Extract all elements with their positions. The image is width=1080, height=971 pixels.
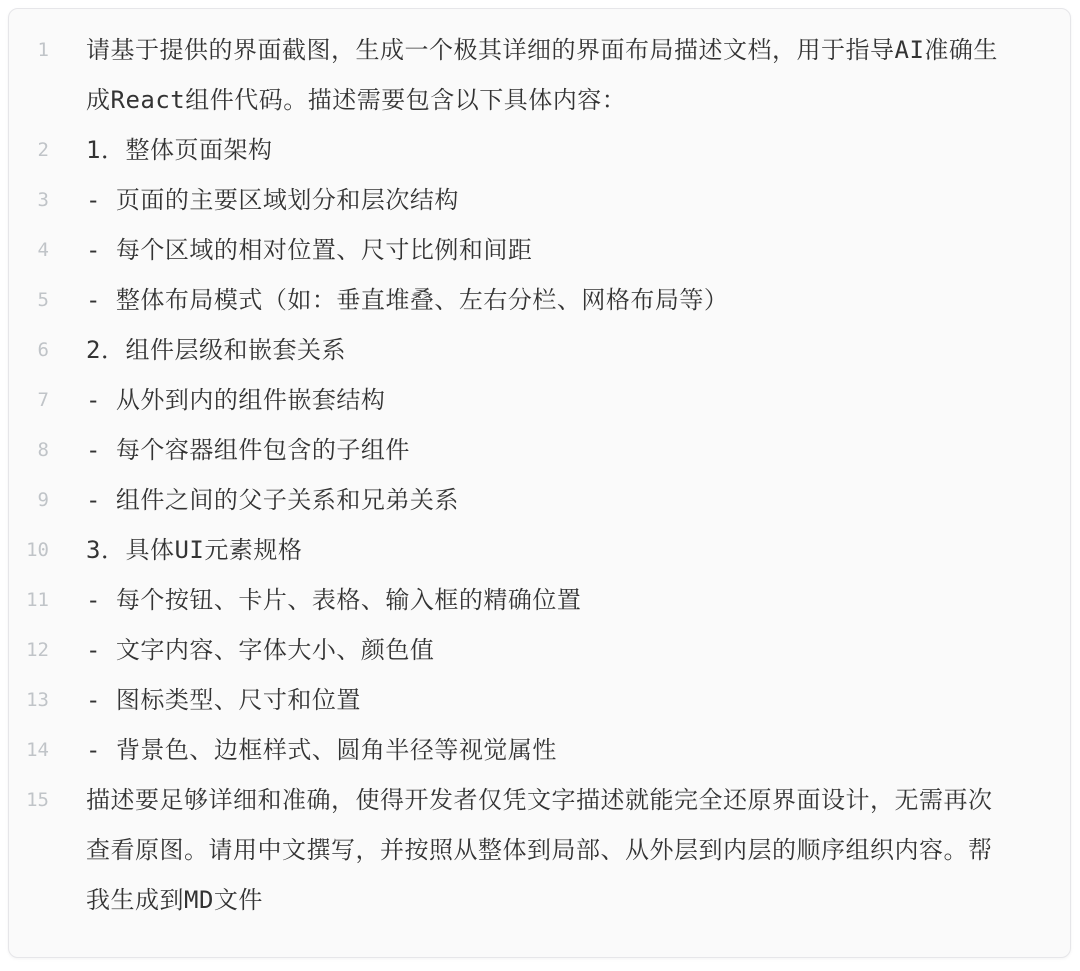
line-text: - 每个按钮、卡片、表格、输入框的精确位置 (86, 575, 1002, 625)
line-text: 2．组件层级和嵌套关系 (86, 325, 1002, 375)
code-line: 8 - 每个容器组件包含的子组件 (9, 425, 1070, 475)
code-line: 7 - 从外到内的组件嵌套结构 (9, 375, 1070, 425)
line-text: - 文字内容、字体大小、颜色值 (86, 625, 1002, 675)
code-line: 12 - 文字内容、字体大小、颜色值 (9, 625, 1070, 675)
line-number: 10 (9, 525, 49, 575)
code-line: 9 - 组件之间的父子关系和兄弟关系 (9, 475, 1070, 525)
line-text: - 从外到内的组件嵌套结构 (86, 375, 1002, 425)
code-line: 2 1．整体页面架构 (9, 125, 1070, 175)
code-line: 11 - 每个按钮、卡片、表格、输入框的精确位置 (9, 575, 1070, 625)
line-number: 15 (9, 775, 49, 825)
line-text: - 整体布局模式（如：垂直堆叠、左右分栏、网格布局等） (86, 275, 1002, 325)
line-text: - 图标类型、尺寸和位置 (86, 675, 1002, 725)
code-line: 15 描述要足够详细和准确，使得开发者仅凭文字描述就能完全还原界面设计，无需再次… (9, 775, 1070, 925)
line-number: 3 (9, 175, 49, 225)
code-line: 3 - 页面的主要区域划分和层次结构 (9, 175, 1070, 225)
code-line: 6 2．组件层级和嵌套关系 (9, 325, 1070, 375)
line-text: - 背景色、边框样式、圆角半径等视觉属性 (86, 725, 1002, 775)
line-number: 4 (9, 225, 49, 275)
code-line: 10 3．具体UI元素规格 (9, 525, 1070, 575)
line-text: 描述要足够详细和准确，使得开发者仅凭文字描述就能完全还原界面设计，无需再次查看原… (86, 775, 1002, 925)
line-text: 1．整体页面架构 (86, 125, 1002, 175)
line-number: 7 (9, 375, 49, 425)
line-number: 11 (9, 575, 49, 625)
code-line: 1 请基于提供的界面截图，生成一个极其详细的界面布局描述文档，用于指导AI准确生… (9, 25, 1070, 125)
code-line: 13 - 图标类型、尺寸和位置 (9, 675, 1070, 725)
line-text: 3．具体UI元素规格 (86, 525, 1002, 575)
line-number: 12 (9, 625, 49, 675)
code-line: 14 - 背景色、边框样式、圆角半径等视觉属性 (9, 725, 1070, 775)
line-number: 8 (9, 425, 49, 475)
line-text: - 组件之间的父子关系和兄弟关系 (86, 475, 1002, 525)
line-number: 1 (9, 25, 49, 75)
line-number: 5 (9, 275, 49, 325)
code-line: 5 - 整体布局模式（如：垂直堆叠、左右分栏、网格布局等） (9, 275, 1070, 325)
line-text: - 每个容器组件包含的子组件 (86, 425, 1002, 475)
prompt-code-block-card: 1 请基于提供的界面截图，生成一个极其详细的界面布局描述文档，用于指导AI准确生… (8, 8, 1071, 958)
code-line-list: 1 请基于提供的界面截图，生成一个极其详细的界面布局描述文档，用于指导AI准确生… (9, 25, 1070, 925)
line-text: 请基于提供的界面截图，生成一个极其详细的界面布局描述文档，用于指导AI准确生成R… (86, 25, 1002, 125)
line-number: 6 (9, 325, 49, 375)
line-number: 2 (9, 125, 49, 175)
line-text: - 页面的主要区域划分和层次结构 (86, 175, 1002, 225)
code-line: 4 - 每个区域的相对位置、尺寸比例和间距 (9, 225, 1070, 275)
line-number: 14 (9, 725, 49, 775)
line-number: 9 (9, 475, 49, 525)
line-number: 13 (9, 675, 49, 725)
line-text: - 每个区域的相对位置、尺寸比例和间距 (86, 225, 1002, 275)
